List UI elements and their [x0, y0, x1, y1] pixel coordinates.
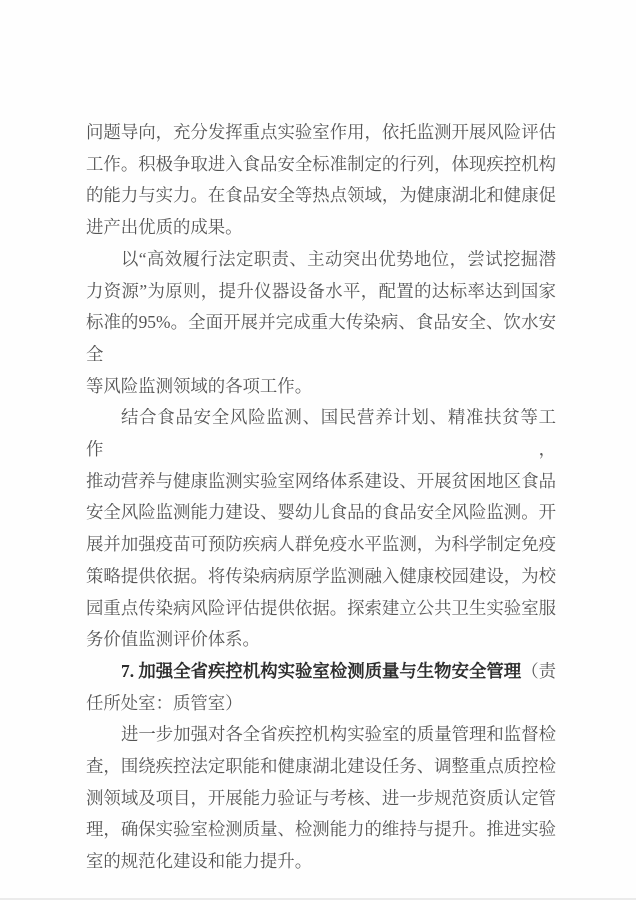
text-line: 以“高效履行法定职责、主动突出优势地位，尝试挖掘潜 — [86, 244, 556, 276]
heading-line: 7. 加强全省疾控机构实验室检测质量与生物安全管理（责 — [86, 656, 556, 688]
text-line: 园重点传染病风险评估提供依据。探索建立公共卫生实验室服 — [86, 593, 556, 625]
text-line: 等风险监测领域的各项工作。 — [86, 371, 556, 403]
text-line: 策略提供依据。将传染病病原学监测融入健康校园建设，为校 — [86, 561, 556, 593]
heading-title: 7. 加强全省疾控机构实验室检测质量与生物安全管理 — [121, 661, 521, 681]
text-line: 工作。积极争取进入食品安全标准制定的行列，体现疾控机构 — [86, 149, 556, 181]
paragraph-monitoring-network: 结合食品安全风险监测、国民营养计划、精准扶贫等工作， 推动营养与健康监测实验室网… — [86, 402, 556, 656]
text-line: 进产出优质的成果。 — [86, 212, 556, 244]
text-line: 推动营养与健康监测实验室网络体系建设、开展贫困地区食品 — [86, 466, 556, 498]
text-line: 务价值监测评价体系。 — [86, 624, 556, 656]
heading-responsible-office-rest: 任所处室：质管室） — [86, 688, 556, 720]
text-line: 展并加强疫苗可预防疾病人群免疫水平监测，为科学制定免疫 — [86, 529, 556, 561]
text-line: 查，围绕疾控法定职能和健康湖北建设任务、调整重点质控检 — [86, 751, 556, 783]
paragraph-equipment-standards: 以“高效履行法定职责、主动突出优势地位，尝试挖掘潜 力资源”为原则，提升仪器设备… — [86, 244, 556, 403]
document-page: 问题导向，充分发挥重点实验室作用，依托监测开展风险评估 工作。积极争取进入食品安… — [0, 0, 636, 900]
text-line: 结合食品安全风险监测、国民营养计划、精准扶贫等工作， — [86, 402, 556, 465]
section-heading-7: 7. 加强全省疾控机构实验室检测质量与生物安全管理（责 任所处室：质管室） — [86, 656, 556, 719]
text-line: 问题导向，充分发挥重点实验室作用，依托监测开展风险评估 — [86, 117, 556, 149]
text-line: 室的规范化建设和能力提升。 — [86, 846, 556, 878]
text-line: 进一步加强对各全省疾控机构实验室的质量管理和监督检 — [86, 719, 556, 751]
paragraph-quality-management: 进一步加强对各全省疾控机构实验室的质量管理和监督检 查，围绕疾控法定职能和健康湖… — [86, 719, 556, 878]
text-line: 标准的95%。全面开展并完成重大传染病、食品安全、饮水安全 — [86, 307, 556, 370]
text-line: 的能力与实力。在食品安全等热点领域，为健康湖北和健康促 — [86, 180, 556, 212]
heading-responsible-office-start: （责 — [521, 661, 556, 681]
document-text: 问题导向，充分发挥重点实验室作用，依托监测开展风险评估 工作。积极争取进入食品安… — [86, 117, 556, 878]
text-line: 测领域及项目，开展能力验证与考核、进一步规范资质认定管 — [86, 783, 556, 815]
text-line: 安全风险监测能力建设、婴幼儿食品的食品安全风险监测。开 — [86, 497, 556, 529]
text-line: 力资源”为原则，提升仪器设备水平，配置的达标率达到国家 — [86, 276, 556, 308]
text-line: 理，确保实验室检测质量、检测能力的维持与提升。推进实验 — [86, 814, 556, 846]
paragraph-risk-assessment: 问题导向，充分发挥重点实验室作用，依托监测开展风险评估 工作。积极争取进入食品安… — [86, 117, 556, 244]
